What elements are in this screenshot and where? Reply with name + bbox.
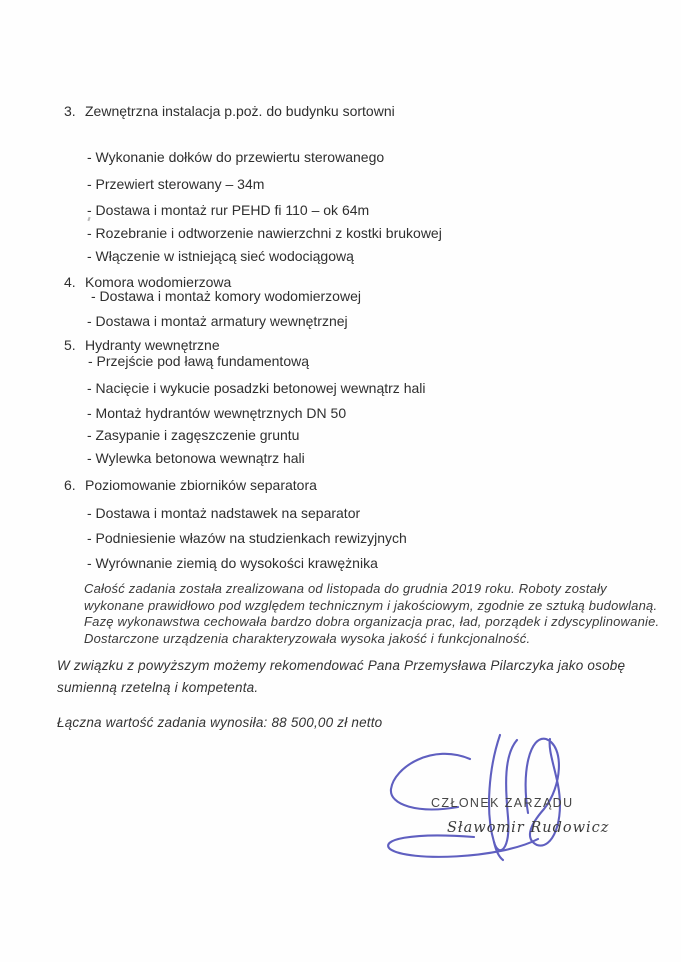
list-item: - Wykonanie dołków do przewiertu sterowa… <box>87 150 384 164</box>
list-item: - Przewiert sterowany – 34m <box>87 177 264 191</box>
list-item: - Dostawa i montaż armatury wewnętrznej <box>87 314 348 328</box>
section-title: Zewnętrzna instalacja p.poż. do budynku … <box>85 103 395 119</box>
stamp-role-title: CZŁONEK ZARZĄDU <box>431 796 574 810</box>
list-item: - Dostawa i montaż rur PEHD fi 110 – ok … <box>87 203 369 217</box>
list-item: - Wylewka betonowa wewnątrz hali <box>87 451 305 465</box>
section-number: 4. <box>64 275 85 289</box>
section-number: 5. <box>64 338 85 352</box>
list-item: - Dostawa i montaż komory wodomierzowej <box>91 289 361 303</box>
handwritten-signature-ink <box>378 727 580 863</box>
scanned-document-page: 3.Zewnętrzna instalacja p.poż. do budynk… <box>0 0 681 962</box>
task-value-line: Łączna wartość zadania wynosiła: 88 500,… <box>57 716 382 730</box>
recommendation-line: W związku z powyższym możemy rekomendowa… <box>57 659 625 673</box>
section-heading: 3.Zewnętrzna instalacja p.poż. do budynk… <box>64 104 395 118</box>
list-item: - Dostawa i montaż nadstawek na separato… <box>87 506 360 520</box>
section-heading: 6.Poziomowanie zbiorników separatora <box>64 478 317 492</box>
list-item: - Włączenie w istniejącą sieć wodociągow… <box>87 249 354 263</box>
list-item: - Rozebranie i odtworzenie nawierzchni z… <box>87 226 442 240</box>
section-number: 6. <box>64 478 85 492</box>
remark-line: Fazę wykonawstwa cechowała bardzo dobra … <box>84 615 659 628</box>
list-item: - Montaż hydrantów wewnętrznych DN 50 <box>87 406 346 420</box>
scan-artifact <box>87 217 90 221</box>
recommendation-line: sumienną rzetelną i kompetenta. <box>57 681 258 695</box>
remark-line: wykonane prawidłowo pod względem technic… <box>84 599 657 612</box>
list-item: - Wyrównanie ziemią do wysokości krawężn… <box>87 556 378 570</box>
list-item: - Przejście pod ławą fundamentową <box>88 354 309 368</box>
remark-line: Dostarczone urządzenia charakteryzowała … <box>84 632 530 645</box>
stamp-signer-name: Sławomir Rudowicz <box>447 820 609 836</box>
list-item: - Podniesienie włazów na studzienkach re… <box>87 531 407 545</box>
section-number: 3. <box>64 104 85 118</box>
list-item: - Nacięcie i wykucie posadzki betonowej … <box>87 381 426 395</box>
section-title: Poziomowanie zbiorników separatora <box>85 477 317 493</box>
section-title: Hydranty wewnętrzne <box>85 337 220 353</box>
section-heading: 5.Hydranty wewnętrzne <box>64 338 220 352</box>
list-item: - Zasypanie i zagęszczenie gruntu <box>87 428 299 442</box>
remark-line: Całość zadania została zrealizowana od l… <box>84 582 607 595</box>
section-heading: 4.Komora wodomierzowa <box>64 275 231 289</box>
